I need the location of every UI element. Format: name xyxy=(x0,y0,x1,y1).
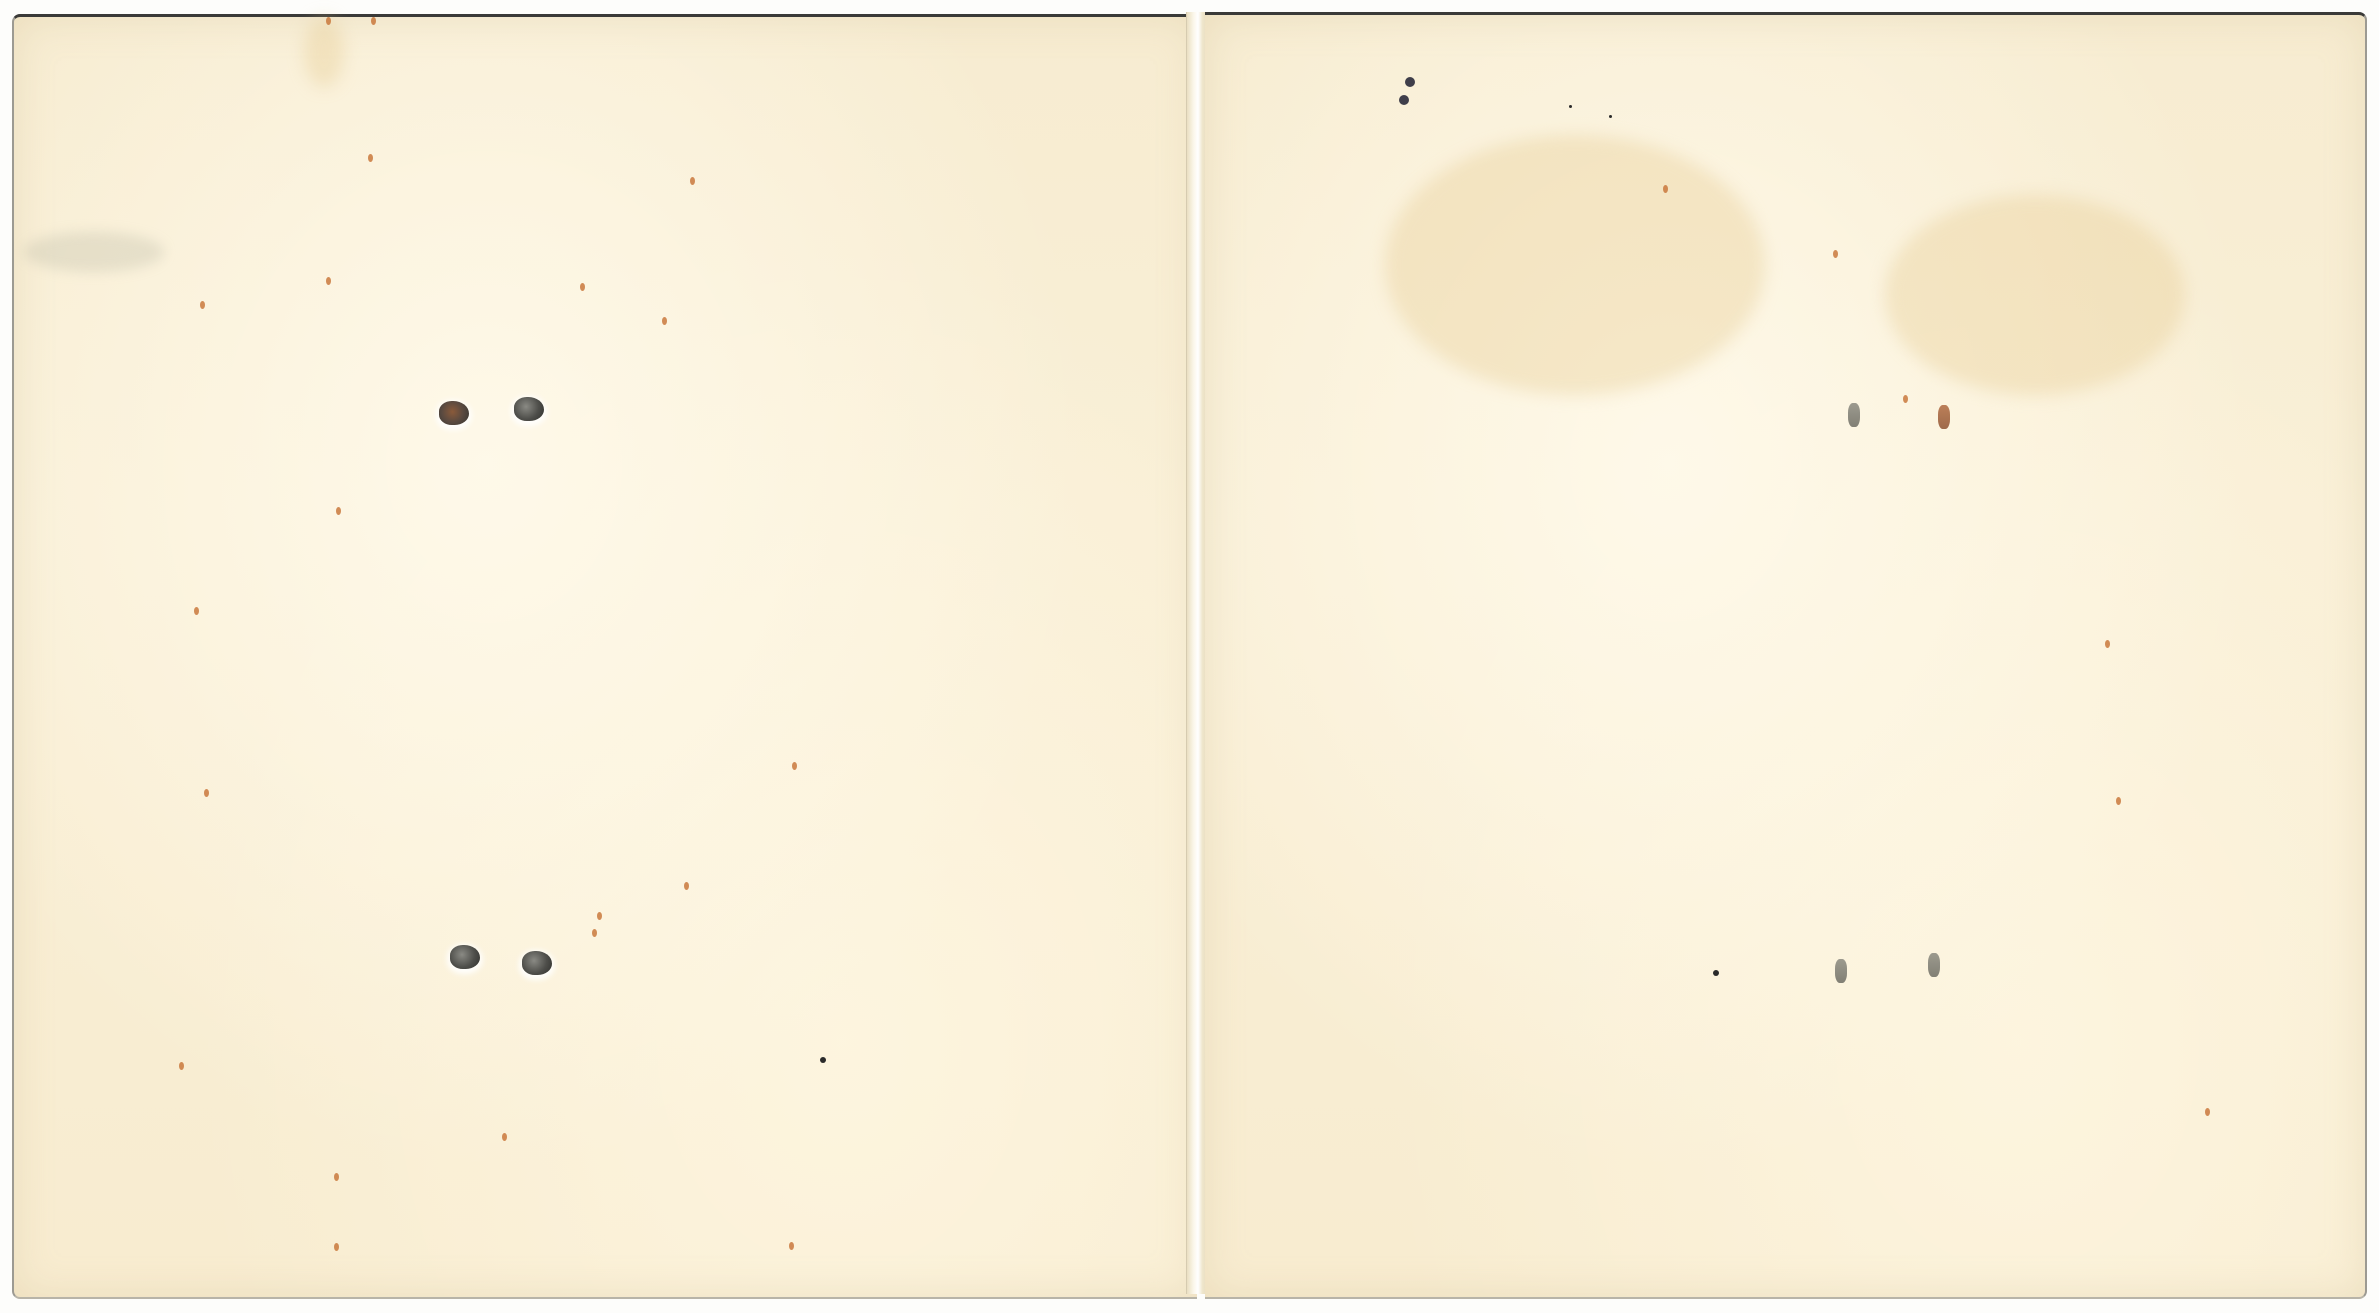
scanned-card xyxy=(0,0,2379,1313)
staple-mark xyxy=(1848,403,1860,427)
staple-hole xyxy=(522,951,552,975)
water-stain xyxy=(304,17,344,87)
ink-blot xyxy=(1399,95,1409,105)
foxing-spot xyxy=(2105,640,2110,648)
foxing-spot xyxy=(2116,797,2121,805)
foxing-spot xyxy=(179,1062,184,1070)
staple-hole xyxy=(450,945,480,969)
right-page xyxy=(1205,12,2367,1299)
grey-smudge xyxy=(24,232,164,272)
staple-mark xyxy=(1835,959,1847,983)
ink-dot xyxy=(1569,105,1572,108)
foxing-spot xyxy=(580,283,585,291)
ink-blot xyxy=(1405,77,1415,87)
foxing-spot xyxy=(1663,185,1668,193)
foxing-spot xyxy=(326,17,331,25)
foxing-spot xyxy=(200,301,205,309)
foxing-spot xyxy=(204,789,209,797)
foxing-spot xyxy=(789,1242,794,1250)
foxing-spot xyxy=(334,1173,339,1181)
staple-mark xyxy=(1928,953,1940,977)
foxing-spot xyxy=(326,277,331,285)
foxing-spot xyxy=(592,929,597,937)
ink-dot xyxy=(1713,970,1719,976)
foxing-spot xyxy=(684,882,689,890)
foxing-spot xyxy=(368,154,373,162)
foxing-stain xyxy=(1385,135,1765,395)
foxing-spot xyxy=(2205,1108,2210,1116)
foxing-spot xyxy=(662,317,667,325)
foxing-spot xyxy=(690,177,695,185)
foxing-spot xyxy=(371,17,376,25)
foxing-stain xyxy=(1885,195,2185,395)
staple-mark xyxy=(1938,405,1950,429)
foxing-spot xyxy=(336,507,341,515)
foxing-spot xyxy=(194,607,199,615)
foxing-spot xyxy=(597,912,602,920)
ink-dot xyxy=(1609,115,1612,118)
ink-dot xyxy=(820,1057,826,1063)
staple-hole xyxy=(514,397,544,421)
left-page xyxy=(12,14,1197,1299)
staple-hole xyxy=(439,401,469,425)
foxing-spot xyxy=(1903,395,1908,403)
foxing-spot xyxy=(1833,250,1838,258)
foxing-spot xyxy=(792,762,797,770)
foxing-spot xyxy=(502,1133,507,1141)
foxing-spot xyxy=(334,1243,339,1251)
